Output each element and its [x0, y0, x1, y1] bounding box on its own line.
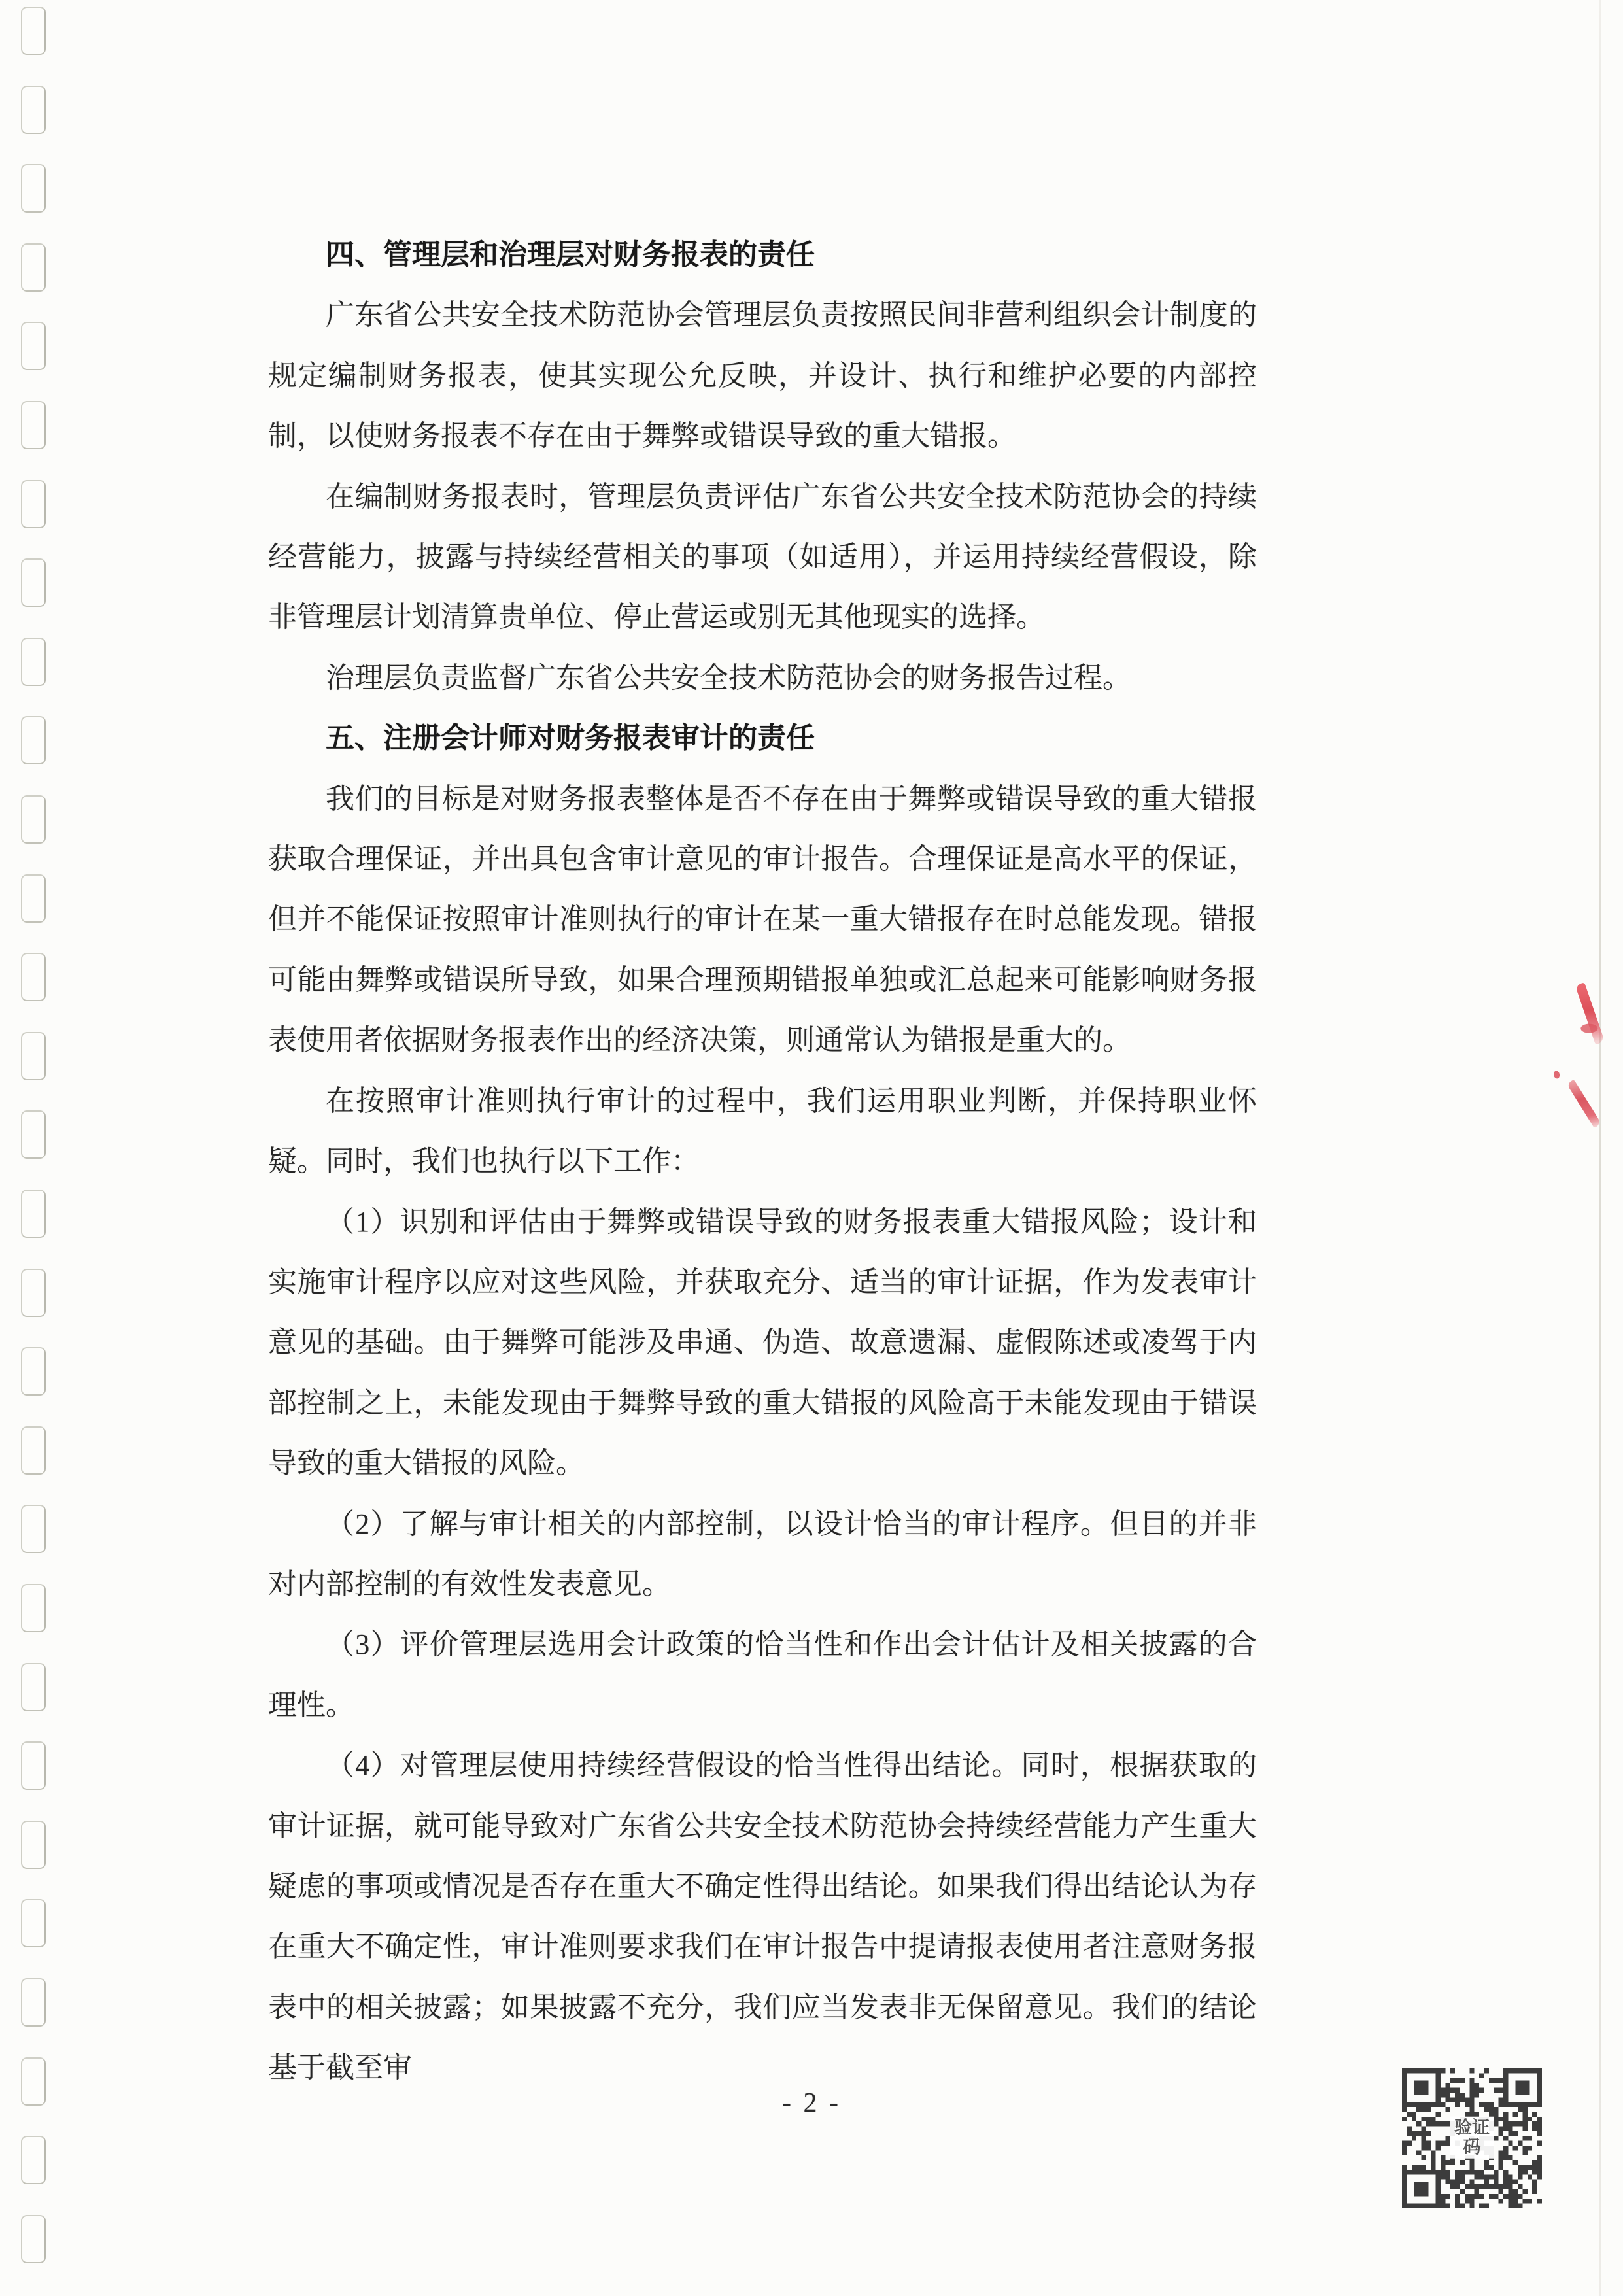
binding-hole: [21, 2215, 46, 2263]
binding-hole: [21, 7, 46, 55]
qr-label-line2: 码: [1454, 2138, 1490, 2157]
red-ink-mark: [1567, 1080, 1601, 1129]
binding-hole: [21, 1978, 46, 2027]
scanned-audit-report-page: 四、管理层和治理层对财务报表的责任广东省公共安全技术防范协会管理层负责按照民间非…: [0, 0, 1623, 2296]
binding-hole: [21, 1110, 46, 1159]
binding-hole: [21, 1347, 46, 1396]
binding-hole: [21, 2136, 46, 2184]
body-paragraph: （1）识别和评估由于舞弊或错误导致的财务报表重大错报风险；设计和实施审计程序以应…: [268, 1192, 1257, 1494]
body-paragraph: 治理层负责监督广东省公共安全技术防范协会的财务报告过程。: [268, 648, 1257, 708]
section-heading: 四、管理层和治理层对财务报表的责任: [268, 225, 1257, 285]
binding-hole: [21, 638, 46, 686]
binding-hole: [21, 480, 46, 528]
body-paragraph: （2）了解与审计相关的内部控制，以设计恰当的审计程序。但目的并非对内部控制的有效…: [268, 1494, 1257, 1615]
binding-hole: [21, 243, 46, 292]
binding-hole: [21, 86, 46, 134]
binding-hole: [21, 1899, 46, 1947]
binding-hole: [21, 1269, 46, 1317]
page-number: - 2 -: [0, 2087, 1623, 2119]
body-paragraph: 在按照审计准则执行审计的过程中，我们运用职业判断，并保持职业怀疑。同时，我们也执…: [268, 1071, 1257, 1192]
page-edge-line: [1599, 0, 1601, 2296]
binding-hole: [21, 953, 46, 1001]
binding-hole: [21, 1032, 46, 1080]
binding-hole: [21, 1663, 46, 1711]
binding-hole: [21, 322, 46, 370]
body-paragraph: 我们的目标是对财务报表整体是否不存在由于舞弊或错误导致的重大错报获取合理保证，并…: [268, 769, 1257, 1071]
qr-code: 验证 码: [1400, 2068, 1544, 2208]
binding-hole: [21, 795, 46, 844]
section-heading: 五、注册会计师对财务报表审计的责任: [268, 708, 1257, 768]
binding-hole: [21, 1821, 46, 1869]
binding-hole: [21, 401, 46, 449]
qr-code-label: 验证 码: [1450, 2117, 1494, 2159]
binding-hole: [21, 558, 46, 607]
binding-hole: [21, 716, 46, 764]
binding-hole: [21, 164, 46, 213]
body-paragraph: （3）评价管理层选用会计政策的恰当性和作出会计估计及相关披露的合理性。: [268, 1615, 1257, 1736]
document-body: 四、管理层和治理层对财务报表的责任广东省公共安全技术防范协会管理层负责按照民间非…: [268, 225, 1257, 2099]
body-paragraph: （4）对管理层使用持续经营假设的恰当性得出结论。同时，根据获取的审计证据，就可能…: [268, 1736, 1257, 2098]
binding-hole: [21, 1584, 46, 1632]
binding-hole: [21, 1741, 46, 1790]
binding-hole: [21, 1426, 46, 1475]
binding-hole: [21, 1190, 46, 1238]
body-paragraph: 在编制财务报表时，管理层负责评估广东省公共安全技术防范协会的持续经营能力，披露与…: [268, 467, 1257, 648]
body-paragraph: 广东省公共安全技术防范协会管理层负责按照民间非营利组织会计制度的规定编制财务报表…: [268, 285, 1257, 466]
qr-label-line1: 验证: [1454, 2118, 1490, 2138]
binding-hole: [21, 874, 46, 923]
binding-hole: [21, 1505, 46, 1553]
